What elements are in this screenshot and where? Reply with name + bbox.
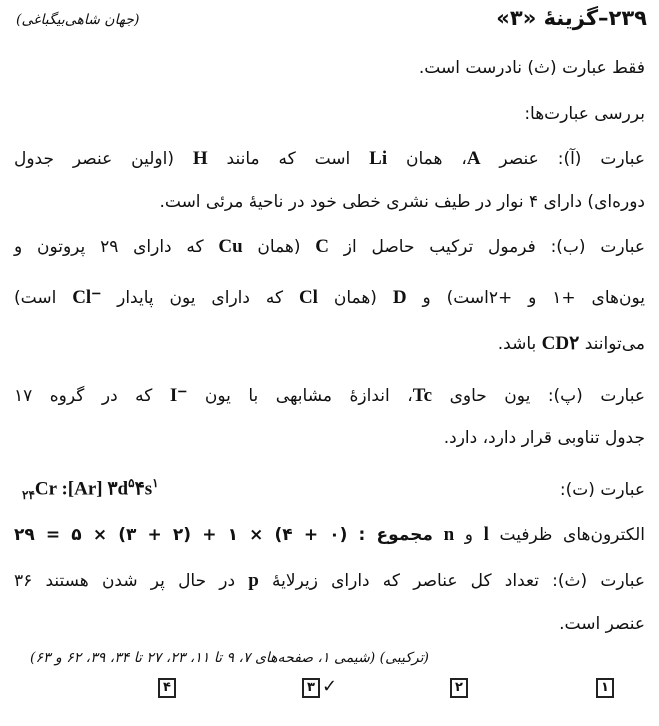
option-3-box[interactable]: ۳ [302,678,320,698]
statement-b-line3: می‌توانند CD۲ باشد. [14,332,645,355]
text: می‌توانند [579,334,645,354]
text: که دارای یون پایدار [101,288,299,308]
text: عبارت (آ): عنصر [481,149,645,169]
symbol-n: n [444,524,455,545]
statement-a-line2: دوره‌ای) دارای ۴ نوار در طیف نشری خطی خو… [14,192,645,212]
text: ، اندازهٔ مشابهی با یون [187,386,412,406]
text: یون‌های +۱ و +۲است) و [407,288,645,308]
text: که دارای ۲۹ پروتون و [14,237,218,257]
option-2-box[interactable]: ۲ [450,678,468,698]
review-heading: بررسی عبارت‌ها: [14,104,645,124]
text: که در گروه ۱۷ [14,386,170,406]
text: عبارت (ب): فرمول ترکیب حاصل از [329,237,645,257]
text: است که مانند [208,149,369,169]
text: ۴s [135,478,153,499]
text: (همان [318,288,393,308]
symbol-p: p [248,570,259,591]
text: و [454,525,483,545]
text: ، همان [387,149,467,169]
question-title: ۲۳۹–گزینهٔ «۳» [496,6,647,30]
text: Cr :[Ar] ۳d [35,478,128,499]
ion-I: I⁻ [170,385,187,406]
statement-b-line2: یون‌های +۱ و +۲است) و D (همان Cl که دارا… [14,286,645,309]
electron-configuration: ۲۴Cr :[Ar] ۳d۵۴s۱ [22,476,159,503]
text: الکترون‌های ظرفیت [500,525,645,545]
checkmark-icon: ✓ [322,676,337,697]
statement-b-line1: عبارت (ب): فرمول ترکیب حاصل از C (همان C… [14,236,645,258]
formula-CD2: CD۲ [542,333,580,354]
symbol-D: D [393,287,407,308]
statement-a-line1: عبارت (آ): عنصر A، همان Li است که مانند … [14,148,645,170]
atomic-number: ۲۴ [22,488,35,502]
superscript: ۱ [152,476,158,490]
textbook-reference: (ترکیبی) (شیمی ۱، صفحه‌های ۷، ۹ تا ۱۱، ۲… [30,650,429,666]
text: عبارت (ث): تعداد کل عناصر که دارای زیرلا… [259,571,645,591]
statement-s-line2: عنصر است. [14,614,645,634]
symbol-A: A [467,148,481,169]
symbol-Cl: Cl [299,287,318,308]
intro-text: فقط عبارت (ث) نادرست است. [14,58,645,78]
text: (همان [243,237,316,257]
statement-p-line1: عبارت (پ): یون حاوی Tc، اندازهٔ مشابهی ب… [14,384,645,407]
symbol-Li: Li [369,148,387,169]
symbol-H: H [193,148,208,169]
author-credit: (جهان شاهی‌بیگباغی) [16,12,139,28]
text: در حال پر شدن هستند ۳۶ [14,571,248,591]
text: عبارت (پ): یون حاوی [432,386,645,406]
text: است) [14,288,72,308]
text: (اولین عنصر جدول [14,149,193,169]
answer-page: ۲۳۹–گزینهٔ «۳» (جهان شاهی‌بیگباغی) فقط ع… [0,0,659,726]
statement-s-line1: عبارت (ث): تعداد کل عناصر که دارای زیرلا… [14,570,645,592]
option-1-box[interactable]: ۱ [596,678,614,698]
statement-p-line2: جدول تناوبی قرار دارد، دارد. [14,428,645,448]
text: باشد. [498,334,542,354]
ion-Cl: Cl⁻ [72,287,101,308]
statement-t-line2: الکترون‌های ظرفیت l و n ۲۹ = ۵ × (۳ + ۲)… [14,524,645,546]
equation: ۲۹ = ۵ × (۳ + ۲) + ۱ × (۴ + ۰) : مجموع [14,525,433,545]
symbol-Cu: Cu [218,236,242,257]
option-4-box[interactable]: ۴ [158,678,176,698]
symbol-Tc: Tc [413,385,432,406]
symbol-C: C [315,236,329,257]
